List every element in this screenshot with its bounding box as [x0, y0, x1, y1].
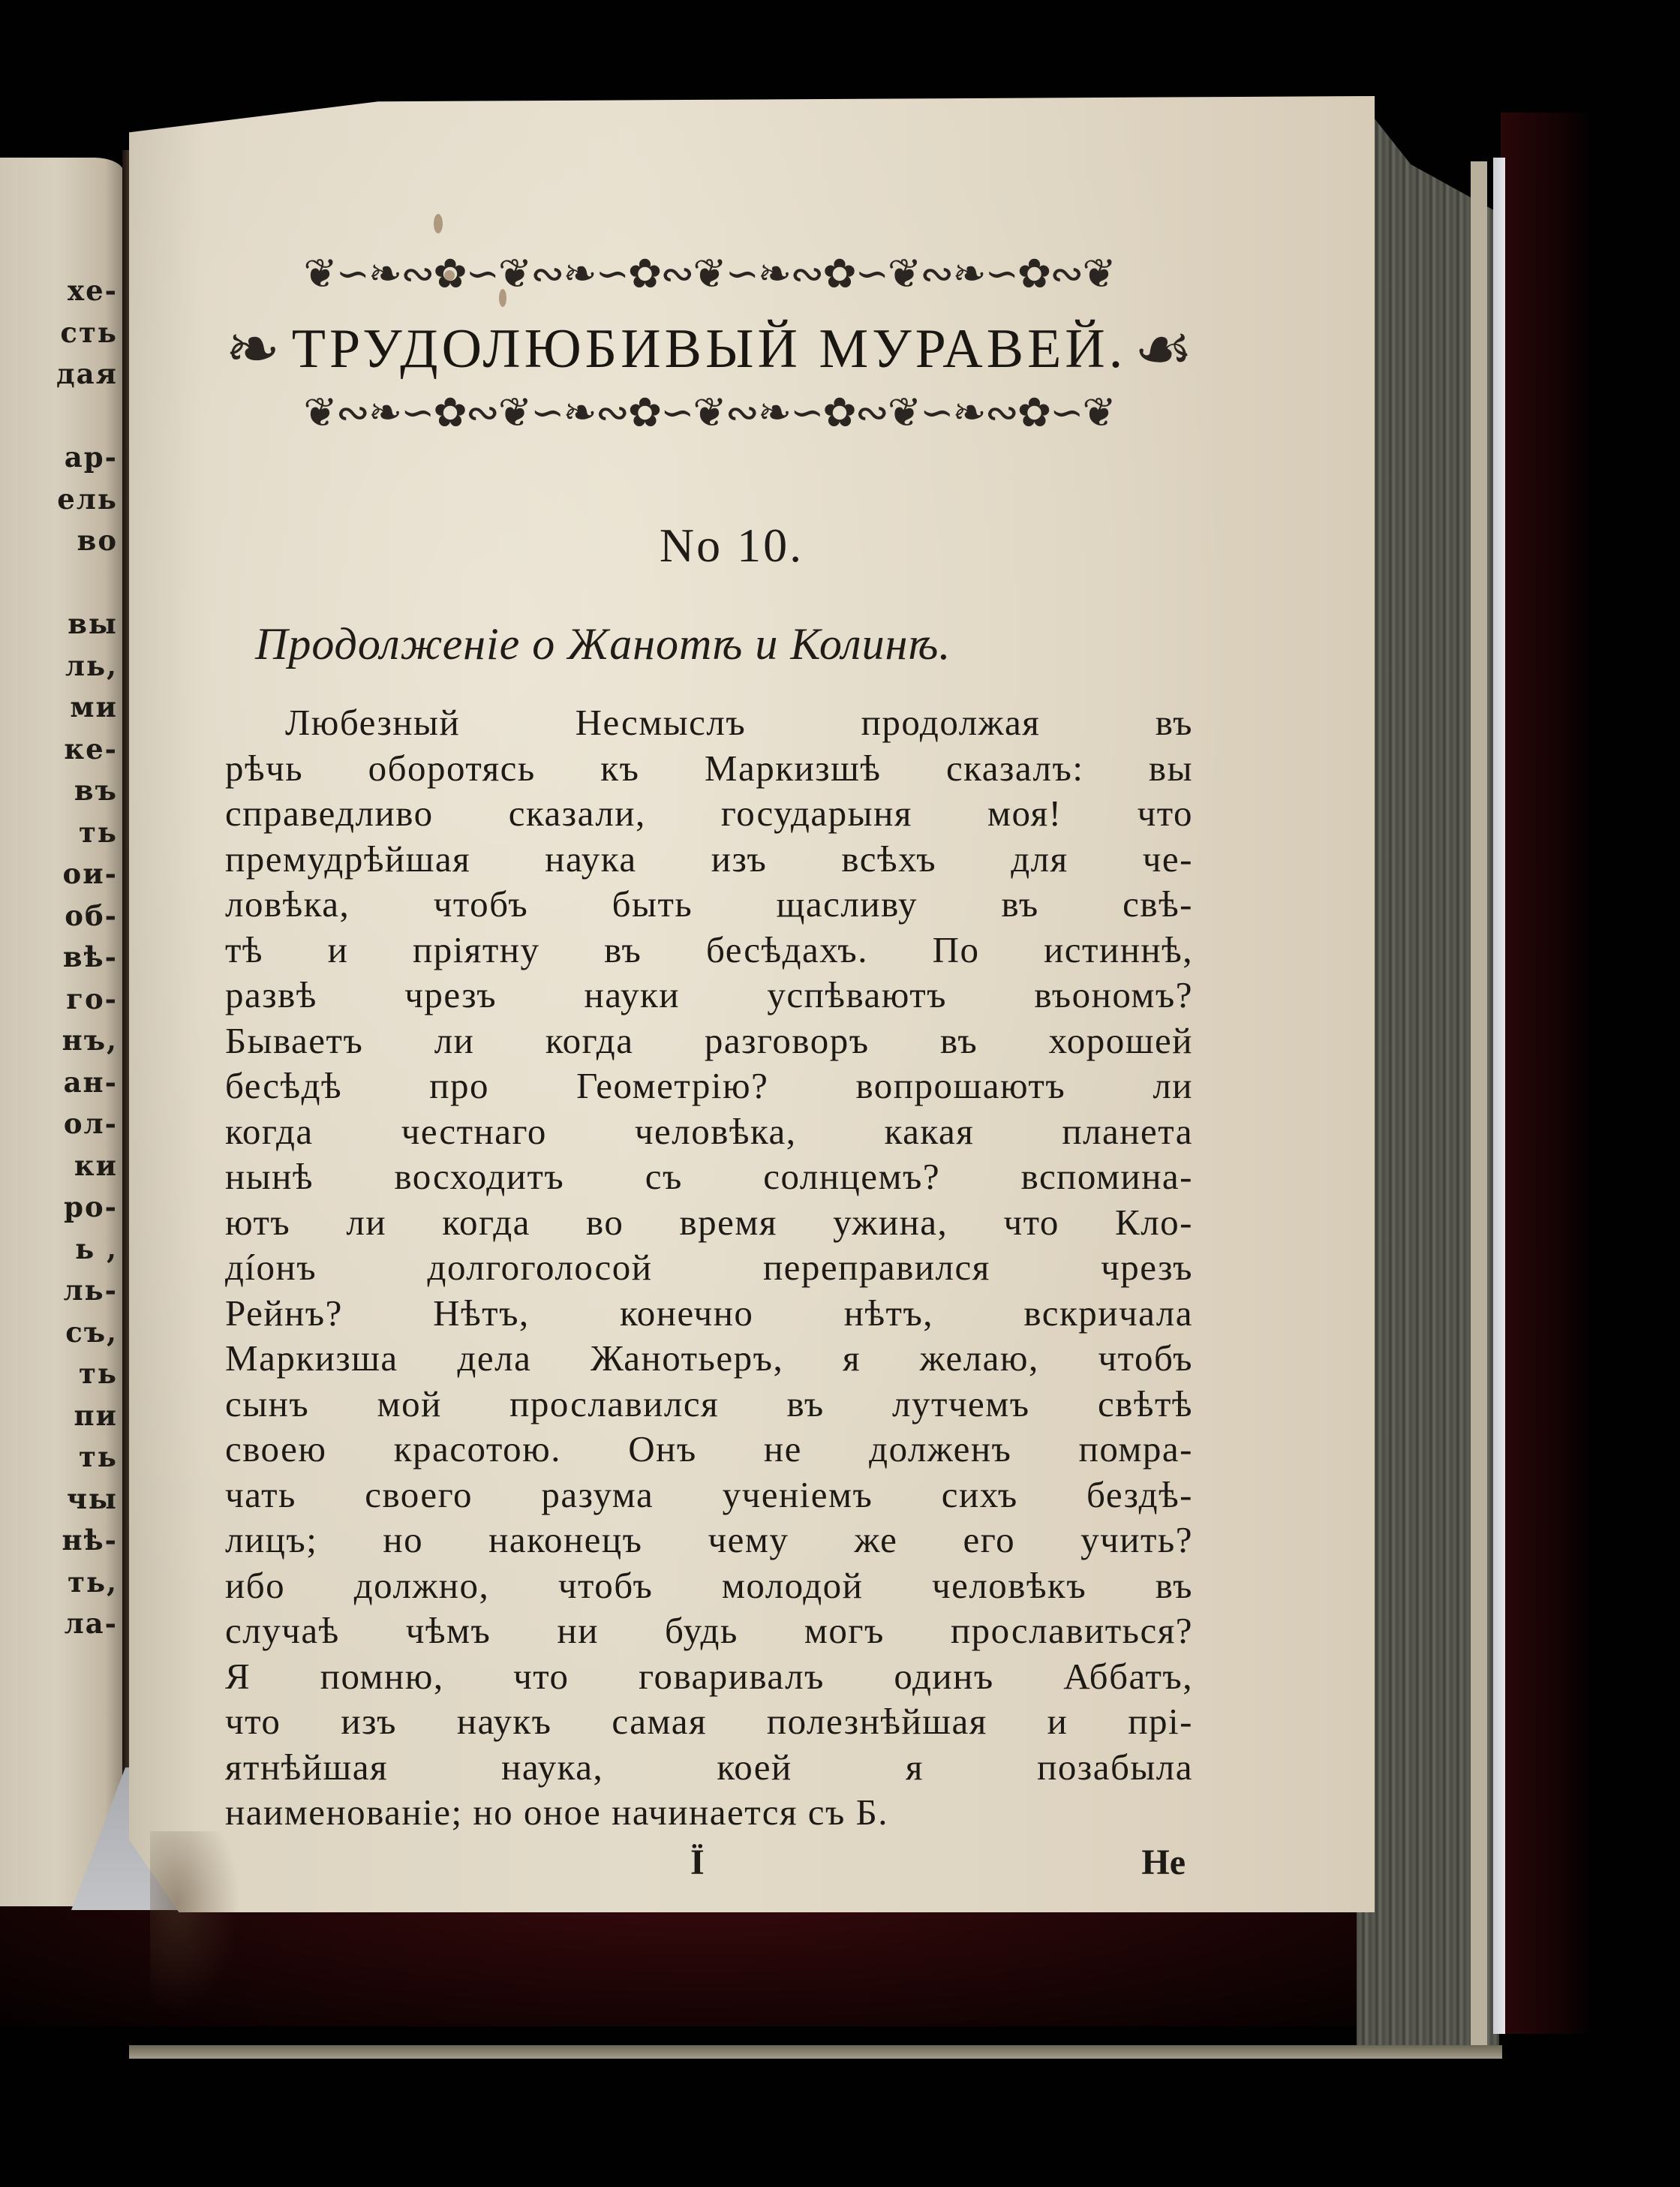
left-page-line-fragment: об- — [56, 895, 118, 937]
left-page-line-fragment — [56, 562, 118, 604]
page-bottom-edge — [129, 2045, 1502, 2059]
text-line: Рейнъ? Нѣтъ, конечно нѣтъ, вскричала — [225, 1291, 1193, 1337]
text-line: бесѣдѣ про Геометрію? вопрошаютъ ли — [225, 1063, 1193, 1109]
text-line: дíонъ долгоголосой переправился чрезъ — [225, 1245, 1193, 1291]
issue-number: No 10. — [225, 518, 1193, 573]
text-line: тѣ и пріятну въ бесѣдахъ. По истиннѣ, — [225, 928, 1193, 973]
left-page-line-fragment: пи — [56, 1395, 118, 1437]
text-line: ловѣка, чтобъ быть щасливу въ свѣ- — [225, 882, 1193, 928]
text-line: Я помню, что говаривалъ одинъ Аббатъ, — [225, 1654, 1193, 1700]
left-page-line-fragment: ль- — [56, 1270, 118, 1312]
leaf-ornament-right-icon: ☙ — [1134, 311, 1193, 387]
text-line: ятнѣйшая наука, коей я позабыла — [225, 1745, 1193, 1791]
left-page-line-fragment: нѣ- — [56, 1520, 118, 1562]
text-line: рѣчь оборотясь къ Маркизшѣ сказалъ: вы — [225, 746, 1193, 792]
left-page-line-fragment: ть — [56, 1436, 118, 1479]
left-page-line-fragment: нъ, — [56, 1020, 118, 1062]
text-line: нынѣ восходитъ съ солнцемъ? вспомина- — [225, 1154, 1193, 1200]
headpiece-ornament: ❦∽❧∾✿∽❦∾❧∽✿∾❦∽❧∾✿∽❦∾❧∽✿∾❦ ❧ ТРУДОЛЮБИВЫЙ… — [225, 240, 1193, 443]
left-page-line-fragment: дая — [56, 353, 118, 396]
text-line: ибо должно, чтобъ молодой человѣкъ въ — [225, 1563, 1193, 1609]
left-page-line-fragment: ть — [56, 812, 118, 854]
left-page: хе-стьдаяар-ельвовыль,мике-вътьои-об-вѣ-… — [0, 158, 124, 1906]
left-page-line-fragment — [56, 396, 118, 438]
page-footer: Ї Не — [225, 1842, 1193, 1887]
text-line: лицъ; но наконецъ чему же его учить? — [225, 1518, 1193, 1563]
endpaper-edge — [1471, 161, 1487, 2053]
text-line: Маркизша дела Жанотьеръ, я желаю, чтобъ — [225, 1336, 1193, 1382]
left-page-line-fragment: во — [56, 520, 118, 562]
text-line: чать своего разума ученіемъ сихъ бездѣ- — [225, 1473, 1193, 1518]
left-page-line-fragment: ель — [56, 479, 118, 521]
text-line: справедливо сказали, государыня моя! что — [225, 791, 1193, 837]
left-page-line-fragment: съ, — [56, 1312, 118, 1354]
catchword: Не — [1141, 1842, 1186, 1883]
left-page-line-fragment: го- — [56, 979, 118, 1021]
text-line: когда честнаго человѣка, какая планета — [225, 1109, 1193, 1155]
left-page-line-fragment: ть, — [56, 1562, 118, 1604]
left-page-line-fragment: ми — [56, 687, 118, 729]
text-line: Любезный Несмыслъ продолжая въ — [225, 700, 1193, 746]
cloth-background-right — [1501, 113, 1591, 2034]
left-page-line-fragment: ро- — [56, 1187, 118, 1229]
left-page-line-fragment: ан- — [56, 1062, 118, 1104]
left-page-text: хе-стьдаяар-ельвовыль,мике-вътьои-об-вѣ-… — [56, 270, 118, 1645]
left-page-line-fragment: вы — [56, 603, 118, 645]
text-line: ютъ ли когда во время ужина, что Кло- — [225, 1200, 1193, 1246]
text-line: случаѣ чѣмъ ни будь могъ прославиться? — [225, 1608, 1193, 1654]
left-page-line-fragment: чы — [56, 1479, 118, 1521]
foxing-spot — [434, 214, 443, 233]
text-line: что изъ наукъ самая полезнѣйшая и прі- — [225, 1699, 1193, 1745]
left-page-line-fragment: ке- — [56, 729, 118, 771]
text-line: наименованіе; но оное начинается съ Б. — [225, 1790, 1193, 1836]
left-page-line-fragment: ки — [56, 1145, 118, 1187]
left-page-line-fragment: ар- — [56, 437, 118, 479]
left-page-line-fragment: ь , — [56, 1229, 118, 1271]
left-page-line-fragment: хе- — [56, 270, 118, 312]
left-page-line-fragment: ла- — [56, 1603, 118, 1645]
left-page-line-fragment: ль, — [56, 645, 118, 687]
text-line: премудрѣйшая наука изъ всѣхъ для че- — [225, 837, 1193, 883]
text-line: развѣ чрезъ науки успѣваютъ въономъ? — [225, 973, 1193, 1018]
text-line: своею красотою. Онъ не долженъ помра- — [225, 1427, 1193, 1473]
scroll-ornament-bottom-icon: ❦∾❧∽✿∾❦∽❧∾✿∽❦∾❧∽✿∾❦∽❧∾✿∽❦ — [233, 390, 1186, 435]
cover-edge — [1493, 158, 1505, 2034]
text-line: Бываетъ ли когда разговоръ въ хорошей — [225, 1018, 1193, 1064]
left-page-line-fragment: ол- — [56, 1103, 118, 1145]
section-title: Продолженіе о Жанотѣ и Колинѣ. — [225, 618, 1193, 670]
body-text: Любезный Несмыслъ продолжая върѣчь оборо… — [225, 700, 1193, 1836]
signature-mark: Ї — [690, 1842, 705, 1883]
left-page-line-fragment: вѣ- — [56, 937, 118, 979]
headpiece-title: ТРУДОЛЮБИВЫЙ МУРАВЕЙ. — [270, 311, 1148, 387]
text-line: сынъ мой прославился въ лутчемъ свѣтѣ — [225, 1382, 1193, 1427]
left-page-line-fragment: сть — [56, 312, 118, 354]
left-page-line-fragment: ть — [56, 1353, 118, 1395]
left-page-line-fragment: въ — [56, 770, 118, 812]
left-page-line-fragment: ои- — [56, 853, 118, 895]
scroll-ornament-top-icon: ❦∽❧∾✿∽❦∾❧∽✿∾❦∽❧∾✿∽❦∾❧∽✿∾❦ — [233, 251, 1186, 296]
page-content: ❦∽❧∾✿∽❦∾❧∽✿∾❦∽❧∾✿∽❦∾❧∽✿∾❦ ❧ ТРУДОЛЮБИВЫЙ… — [225, 240, 1193, 1887]
